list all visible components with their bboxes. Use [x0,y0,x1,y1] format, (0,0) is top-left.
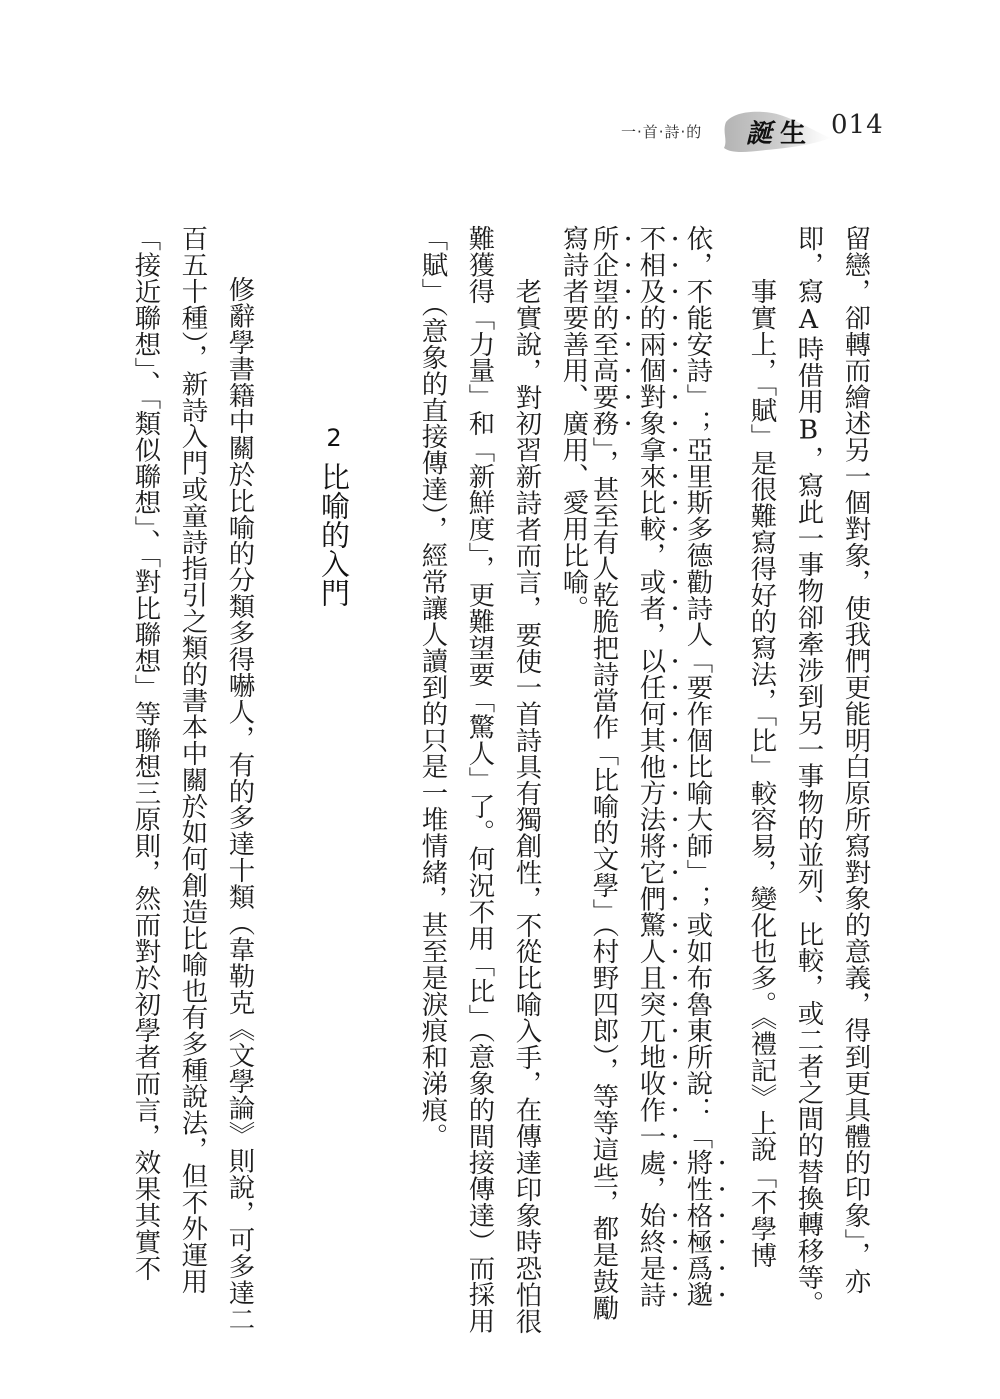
text-segment: 」，甚至有人乾脆把詩當作「比喻的文學」（村野四郎），等等這些，都是鼓勵 [588,436,619,1320]
page-number: 014 [831,110,884,140]
text-column: 不相及的兩個對象拿來比較，或者，以任何其他方法將它們驚人且突兀地收作一處，始終是… [653,225,681,1307]
text-column: 依，不能安詩」；亞里斯多德勸詩人「要作個比喻大師」；或如布魯東所說：「將性格極爲… [700,225,728,1307]
text-segment: 事實上，「賦」是很難寫得好的寫法，「比」較容易，變化也多。《禮記》上說「不學博 [746,278,777,1268]
text-column: 即，寫A時借用B，寫此一事物卻牽涉到另一事物的並列、比較，或二者之間的替換轉移等… [794,225,822,1317]
running-header-series-title: 一·首·詩·的 [621,121,702,142]
text-column: 「接近聯想」、「類似聯想」、「對比聯想」等聯想三原則，然而對於初學者而言，效果其… [131,225,159,1281]
text-segment: 時借用 [793,335,824,414]
text-column: 「賦」（意象的直接傳達），經常讓人讀到的只是一堆情緒，甚至是淚痕和涕痕。 [418,225,446,1149]
text-segment: ，寫此一事物卻牽涉到另一事物的並列、比較，或二者之間的替換轉移等。 [793,445,824,1316]
text-column: 百五十種），新詩入門或童詩指引之類的書本中關於如何創造比喻也有多種說法，但不外運… [178,225,206,1294]
running-header-title: 誕生 [746,113,806,150]
punctuation: ， [635,621,666,647]
emphasized-quote-segment: 以任何其他方法將它們驚人且突兀地收作一處 [635,647,666,1175]
latin-letter-b: B [793,414,824,445]
emphasized-quote-segment: 所企望的至高要務 [588,225,619,436]
title-char-dan: 誕 [746,113,772,150]
text-column-indented: 老實說，對初習新詩者而言，要使一首詩具有獨創性，不從比喻入手，在傳達印象時恐怕很 [512,278,540,1334]
emphasized-quote-segment: 將性格極爲邈 [682,1149,713,1307]
punctuation: ， [635,1175,666,1201]
section-heading: 2比喻的入門 [318,424,350,607]
latin-letter-a: A [793,304,824,335]
text-segment: 百五十種），新詩入門或童詩指引之類的書本中關於如何創造比喻也有多種說法，但不外運… [177,225,208,1294]
text-segment: 老實說，對初習新詩者而言，要使一首詩具有獨創性，不從比喻入手，在傳達印象時恐怕很 [511,278,542,1334]
text-segment: 寫詩者要善用、廣用、愛用比喻。 [558,225,589,621]
emphasized-quote-segment: 始終是詩 [635,1202,666,1308]
text-segment: 「接近聯想」、「類似聯想」、「對比聯想」等聯想三原則，然而對於初學者而言，效果其… [130,225,161,1281]
emphasized-quote-segment: 不相及的兩個對象拿來比較 [635,225,666,542]
text-segment: 「賦」（意象的直接傳達），經常讓人讀到的只是一堆情緒，甚至是淚痕和涕痕。 [417,225,448,1149]
text-column: 留戀，卻轉而繪述另一個對象，使我們更能明白原所寫對象的意義，得到更具體的印象」，… [841,225,869,1294]
emphasized-quote-segment: 或者 [635,568,666,621]
text-column: 所企望的至高要務」，甚至有人乾脆把詩當作「比喻的文學」（村野四郎），等等這些，都… [606,225,634,1321]
section-title: 比喻的入門 [317,462,351,607]
text-column-indented: 修辭學書籍中關於比喻的分類多得嚇人，有的多達十類（韋勒克《文學論》則說，可多達二 [225,276,253,1332]
text-segment: 依，不能安詩」；亞里斯多德勸詩人「要作個比喻大師」；或如布魯東所說：「 [682,225,713,1149]
text-segment: 留戀，卻轉而繪述另一個對象，使我們更能明白原所寫對象的意義，得到更具體的印象」，… [840,225,871,1294]
punctuation: ， [635,542,666,568]
text-segment: 即，寫 [793,225,824,304]
text-column-indented: 事實上，「賦」是很難寫得好的寫法，「比」較容易，變化也多。《禮記》上說「不學博 [747,278,775,1268]
section-number: 2 [318,424,350,452]
text-segment: 難獲得「力量」和「新鮮度」，更難望要「驚人」了。何況不用「比」（意象的間接傳達）… [464,225,495,1334]
text-column: 難獲得「力量」和「新鮮度」，更難望要「驚人」了。何況不用「比」（意象的間接傳達）… [465,225,493,1334]
text-segment: 修辭學書籍中關於比喻的分類多得嚇人，有的多達十類（韋勒克《文學論》則說，可多達二 [224,276,255,1332]
title-char-sheng: 生 [780,119,806,149]
text-column: 寫詩者要善用、廣用、愛用比喻。 [559,225,587,621]
